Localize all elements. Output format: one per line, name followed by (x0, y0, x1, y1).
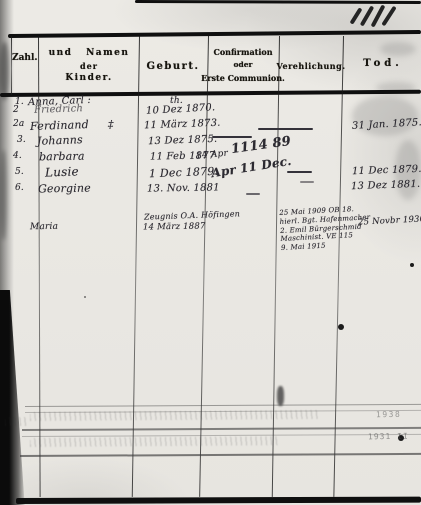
ink-smear (277, 386, 284, 406)
bottom-rule (16, 497, 421, 504)
header-confirmation-line2: oder (234, 60, 253, 69)
year-stamp: 1938 (376, 410, 401, 419)
row-number: 5. (15, 167, 24, 177)
pen-tally-marks (350, 3, 404, 33)
header-geburt: Geburt. (146, 61, 199, 72)
scan-mottle (380, 42, 416, 56)
row-number: 2a (13, 119, 25, 129)
faint-rule (22, 427, 421, 431)
dash-mark (287, 171, 312, 173)
year-stamp: 1931 II (368, 432, 409, 442)
header-confirmation-line3: Erste Communion. (201, 73, 285, 83)
header-confirmation-line1: Confirmation (213, 47, 272, 57)
dash-mark (246, 193, 260, 195)
dash-mark (212, 136, 252, 138)
table-top-rule (8, 30, 421, 38)
confirmation-scrawl: 14 Apr (196, 149, 229, 162)
birth-date: 11 März 1873. (144, 118, 221, 132)
child-name: Ferdinand (30, 118, 89, 133)
row-number: 6. (15, 183, 24, 193)
child-name: Lusie (45, 164, 79, 179)
child-name: barbara (39, 150, 85, 164)
row-number: 4. (13, 151, 22, 161)
maria-marriage-note: 25 Mai 1909 OB 18. hierl. Bgt. Hafenmach… (279, 205, 351, 253)
dash-mark (258, 128, 313, 130)
maria-birth-note-line2: 14 März 1887 (143, 221, 206, 232)
faint-scribble (30, 436, 280, 447)
child-name-maria: Maria (30, 222, 58, 232)
row-number: 2 (13, 105, 19, 115)
header-zahl: Zahl. (12, 53, 38, 63)
birth-date: 10 Dez 1870. (146, 102, 216, 117)
maria-birth-note-line1: Zeugnis O.A. Höfingen (144, 209, 240, 221)
header-tod: Tod. (363, 58, 402, 69)
birth-date: 13 Dez 1875. (148, 134, 218, 147)
dash-mark (300, 181, 314, 183)
faint-rule (20, 453, 421, 457)
ink-dot (410, 263, 414, 267)
header-namen-line1: und Namen (49, 48, 130, 58)
column-rule-zahl-left (11, 36, 12, 95)
ink-dot (84, 296, 86, 298)
birth-date: 13. Nov. 1881 (147, 182, 220, 194)
faint-rule (25, 404, 421, 407)
scanned-register-page: Zahl. und Namen der Kinder. Geburt. Conf… (0, 0, 421, 505)
header-namen-line3: Kinder. (65, 73, 112, 83)
maria-death-date: 25 Novbr 1930 (358, 214, 421, 228)
spine-blot (0, 42, 9, 100)
child-name: Georgine (38, 182, 91, 196)
faint-scribble (5, 417, 27, 426)
header-verehelichung: Verehlichung. (277, 61, 346, 71)
ink-dot (338, 324, 344, 330)
faint-scribble (30, 410, 320, 421)
child-name: Friedrich (34, 103, 83, 116)
spine-blot (0, 150, 7, 240)
header-namen-line2: der (80, 61, 98, 71)
child-name: Johanns (37, 133, 83, 148)
death-cross-mark: ‡ (108, 118, 114, 131)
row-number: 3. (17, 135, 26, 145)
birth-date: 1 Dec 1879. (149, 165, 219, 180)
death-date: 31 Jan. 1875. (352, 117, 421, 132)
